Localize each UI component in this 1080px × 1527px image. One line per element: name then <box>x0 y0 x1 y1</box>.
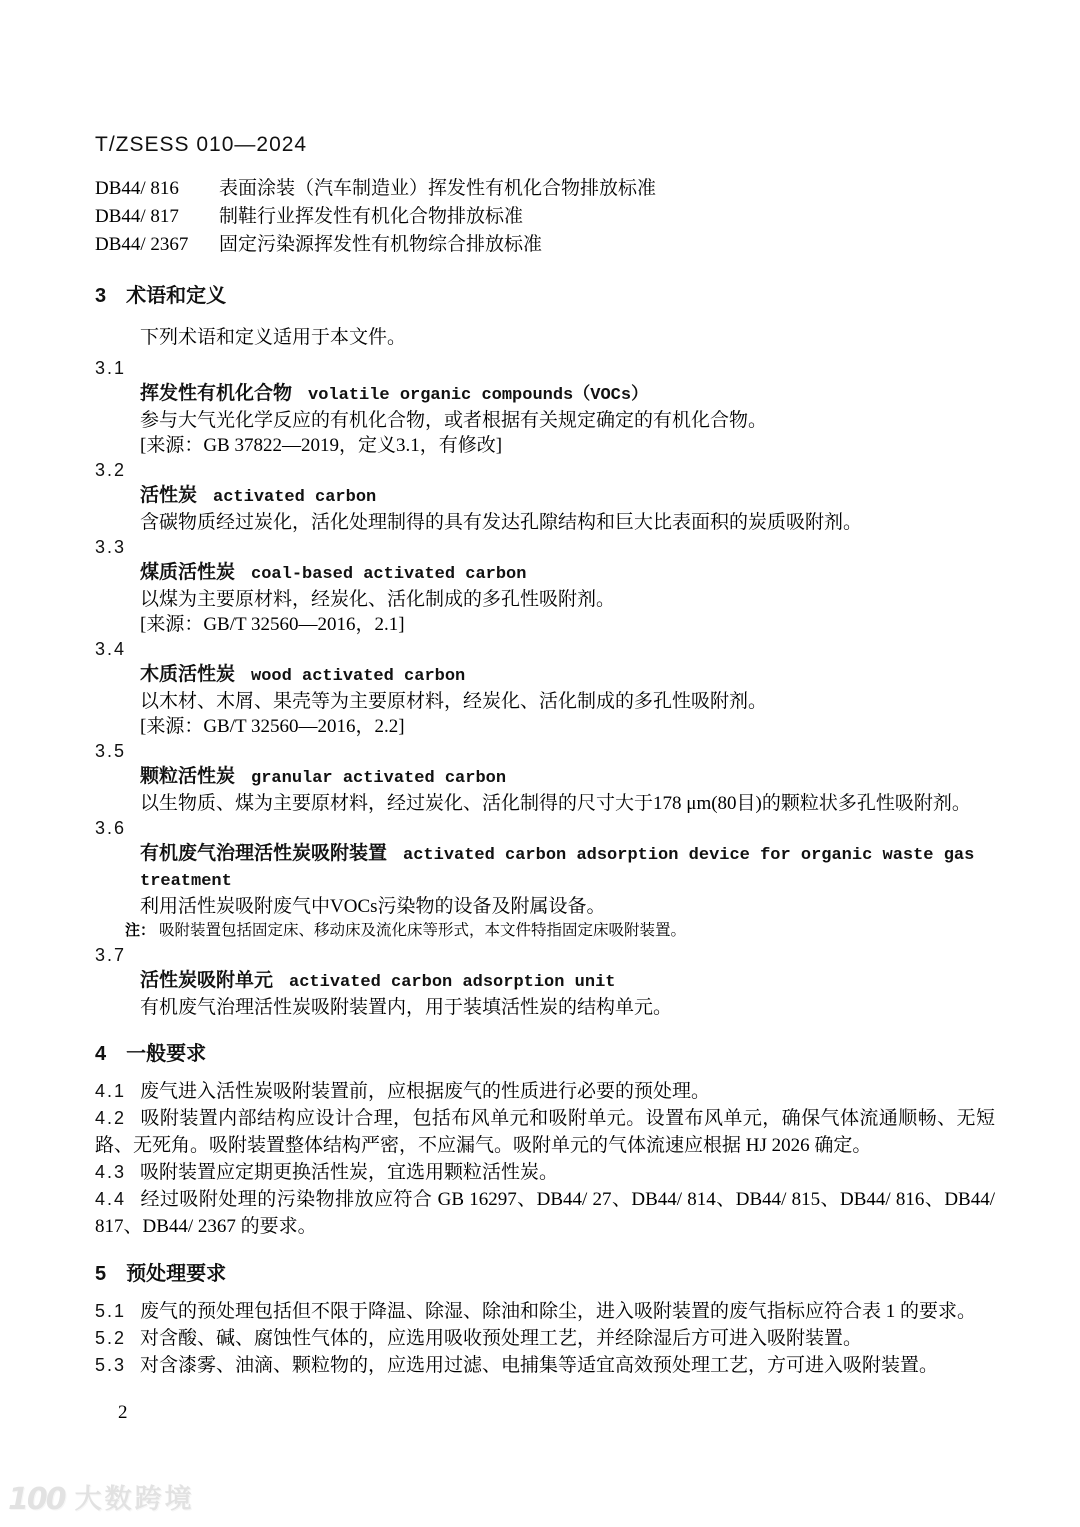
reference-item: DB44/ 816表面涂装（汽车制造业）挥发性有机化合物排放标准 <box>95 175 995 203</box>
term-definition: 参与大气光化学反应的有机化合物，或者根据有关规定确定的有机化合物。 <box>95 408 995 433</box>
clause: 4.4经过吸附处理的污染物排放应符合 GB 16297、DB44/ 27、DB4… <box>95 1186 995 1240</box>
term-title-zh: 有机废气治理活性炭吸附装置 <box>140 843 387 864</box>
reference-code: DB44/ 816 <box>95 175 207 203</box>
clause-number: 4.1 <box>95 1081 126 1101</box>
term-title-en: granular activated carbon <box>251 769 506 788</box>
term-source: [来源：GB/T 32560—2016，2.2] <box>95 714 995 739</box>
clause: 5.3对含漆雾、油滴、颗粒物的，应选用过滤、电捕集等适宜高效预处理工艺，方可进入… <box>95 1352 995 1379</box>
note-label: 注： <box>125 922 155 939</box>
term-title-zh: 煤质活性炭 <box>140 562 235 583</box>
term-title-en: wood activated carbon <box>251 667 465 686</box>
term-number: 3.2 <box>95 458 995 483</box>
term-title-zh: 木质活性炭 <box>140 664 235 685</box>
section-number: 3 <box>95 285 106 307</box>
term-number: 3.5 <box>95 739 995 764</box>
watermark-logo-icon: 100 <box>8 1484 65 1516</box>
watermark-text: 大数跨境 <box>75 1484 195 1516</box>
document-code: T/ZSESS 010—2024 <box>95 133 995 156</box>
term-title-en: volatile organic compounds（VOCs） <box>308 386 648 405</box>
reference-code: DB44/ 2367 <box>95 231 207 259</box>
clause-text: 废气进入活性炭吸附装置前，应根据废气的性质进行必要的预处理。 <box>140 1081 710 1102</box>
term-title-en: activated carbon <box>213 488 376 507</box>
term-title: 有机废气治理活性炭吸附装置activated carbon adsorption… <box>95 841 995 894</box>
term-definition: 以生物质、煤为主要原材料，经过炭化、活化制得的尺寸大于178 μm(80目)的颗… <box>95 791 995 816</box>
clause-number: 4.2 <box>95 1108 126 1128</box>
term-title: 木质活性炭wood activated carbon <box>95 662 995 689</box>
clause-text: 对含漆雾、油滴、颗粒物的，应选用过滤、电捕集等适宜高效预处理工艺，方可进入吸附装… <box>140 1355 938 1376</box>
section-4-heading: 4一般要求 <box>95 1042 995 1066</box>
clause-text: 废气的预处理包括但不限于降温、除湿、除油和除尘，进入吸附装置的废气指标应符合表 … <box>140 1301 976 1322</box>
term-title-zh: 挥发性有机化合物 <box>140 383 292 404</box>
term-definition: 以煤为主要原材料，经炭化、活化制成的多孔性吸附剂。 <box>95 587 995 612</box>
reference-title: 制鞋行业挥发性有机化合物排放标准 <box>219 206 523 227</box>
clause-number: 5.3 <box>95 1355 126 1375</box>
term-number: 3.3 <box>95 535 995 560</box>
terms-list: 3.1 挥发性有机化合物volatile organic compounds（V… <box>95 356 995 1020</box>
document-page: T/ZSESS 010—2024 DB44/ 816表面涂装（汽车制造业）挥发性… <box>0 0 1080 1527</box>
reference-title: 固定污染源挥发性有机物综合排放标准 <box>219 234 542 255</box>
page-content: T/ZSESS 010—2024 DB44/ 816表面涂装（汽车制造业）挥发性… <box>95 133 995 1379</box>
clause: 4.1废气进入活性炭吸附装置前，应根据废气的性质进行必要的预处理。 <box>95 1078 995 1105</box>
section-title: 一般要求 <box>126 1043 206 1065</box>
term-definition: 以木材、木屑、果壳等为主要原材料，经炭化、活化制成的多孔性吸附剂。 <box>95 689 995 714</box>
term-number: 3.7 <box>95 943 995 968</box>
clause-number: 5.1 <box>95 1301 126 1321</box>
term-title-zh: 活性炭 <box>140 485 197 506</box>
clause-text: 经过吸附处理的污染物排放应符合 GB 16297、DB44/ 27、DB44/ … <box>95 1189 995 1237</box>
clause-number: 4.4 <box>95 1189 126 1209</box>
reference-list: DB44/ 816表面涂装（汽车制造业）挥发性有机化合物排放标准 DB44/ 8… <box>95 175 995 259</box>
watermark: 100 大数跨境 <box>8 1484 195 1516</box>
reference-item: DB44/ 817制鞋行业挥发性有机化合物排放标准 <box>95 203 995 231</box>
clause: 5.2对含酸、碱、腐蚀性气体的，应选用吸收预处理工艺，并经除湿后方可进入吸附装置… <box>95 1325 995 1352</box>
term-definition: 利用活性炭吸附废气中VOCs污染物的设备及附属设备。 <box>95 894 995 919</box>
term-title: 活性炭吸附单元activated carbon adsorption unit <box>95 968 995 995</box>
term-note: 注：吸附装置包括固定床、移动床及流化床等形式，本文件特指固定床吸附装置。 <box>95 919 995 943</box>
section-title: 术语和定义 <box>126 285 226 307</box>
term-definition: 有机废气治理活性炭吸附装置内，用于装填活性炭的结构单元。 <box>95 995 995 1020</box>
term-source: [来源：GB/T 32560—2016，2.1] <box>95 612 995 637</box>
section-number: 5 <box>95 1263 106 1285</box>
clause-text: 吸附装置内部结构应设计合理，包括布风单元和吸附单元。设置布风单元，确保气体流通顺… <box>95 1108 995 1156</box>
term-definition: 含碳物质经过炭化，活化处理制得的具有发达孔隙结构和巨大比表面积的炭质吸附剂。 <box>95 510 995 535</box>
section-4-clauses: 4.1废气进入活性炭吸附装置前，应根据废气的性质进行必要的预处理。 4.2吸附装… <box>95 1078 995 1240</box>
term-number: 3.4 <box>95 637 995 662</box>
term-title-zh: 颗粒活性炭 <box>140 766 235 787</box>
clause-text: 对含酸、碱、腐蚀性气体的，应选用吸收预处理工艺，并经除湿后方可进入吸附装置。 <box>140 1328 862 1349</box>
term-title: 活性炭activated carbon <box>95 483 995 510</box>
reference-code: DB44/ 817 <box>95 203 207 231</box>
reference-item: DB44/ 2367固定污染源挥发性有机物综合排放标准 <box>95 231 995 259</box>
section-title: 预处理要求 <box>126 1263 226 1285</box>
clause: 4.3吸附装置应定期更换活性炭，宜选用颗粒活性炭。 <box>95 1159 995 1186</box>
page-number: 2 <box>118 1401 128 1425</box>
term-title: 颗粒活性炭granular activated carbon <box>95 764 995 791</box>
term-source: [来源：GB 37822—2019，定义3.1，有修改] <box>95 433 995 458</box>
reference-title: 表面涂装（汽车制造业）挥发性有机化合物排放标准 <box>219 178 656 199</box>
term-title-en: coal-based activated carbon <box>251 565 526 584</box>
note-text: 吸附装置包括固定床、移动床及流化床等形式，本文件特指固定床吸附装置。 <box>159 922 686 939</box>
term-title: 挥发性有机化合物volatile organic compounds（VOCs） <box>95 381 995 408</box>
clause: 4.2吸附装置内部结构应设计合理，包括布风单元和吸附单元。设置布风单元，确保气体… <box>95 1105 995 1159</box>
section-3-heading: 3术语和定义 <box>95 284 995 308</box>
section-3-intro: 下列术语和定义适用于本文件。 <box>95 325 995 350</box>
clause-text: 吸附装置应定期更换活性炭，宜选用颗粒活性炭。 <box>140 1162 558 1183</box>
term-title-zh: 活性炭吸附单元 <box>140 970 273 991</box>
term-number: 3.6 <box>95 816 995 841</box>
term-number: 3.1 <box>95 356 995 381</box>
term-title: 煤质活性炭coal-based activated carbon <box>95 560 995 587</box>
clause-number: 5.2 <box>95 1328 126 1348</box>
clause-number: 4.3 <box>95 1162 126 1182</box>
section-5-heading: 5预处理要求 <box>95 1262 995 1286</box>
section-5-clauses: 5.1废气的预处理包括但不限于降温、除湿、除油和除尘，进入吸附装置的废气指标应符… <box>95 1298 995 1379</box>
term-title-en: activated carbon adsorption unit <box>289 973 615 992</box>
clause: 5.1废气的预处理包括但不限于降温、除湿、除油和除尘，进入吸附装置的废气指标应符… <box>95 1298 995 1325</box>
section-number: 4 <box>95 1043 106 1065</box>
